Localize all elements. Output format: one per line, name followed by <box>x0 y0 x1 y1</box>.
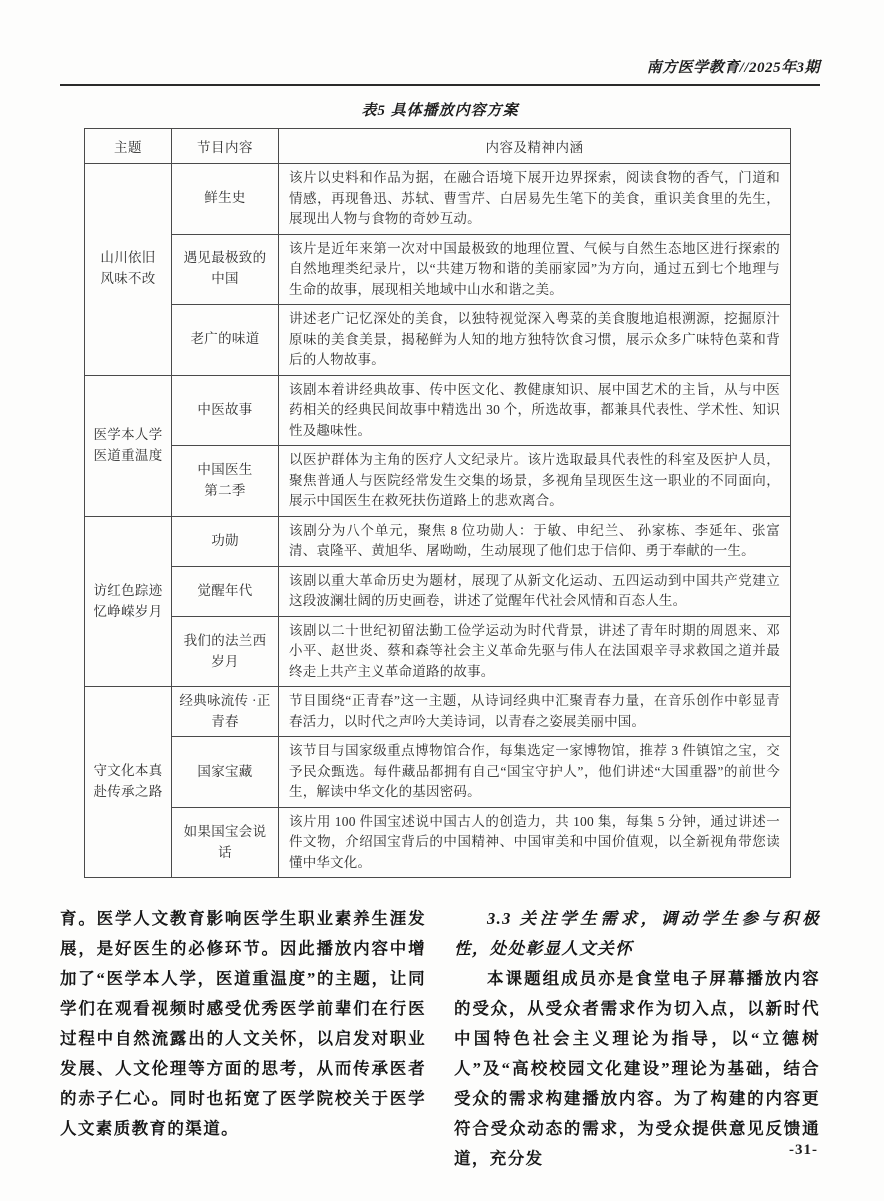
body-left-column: 育。医学人文教育影响医学生职业素养生涯发展，是好医生的必修环节。因此播放内容中增… <box>60 904 426 1174</box>
table-row: 访红色踪迹 忆峥嵘岁月 功勋 该剧分为八个单元，聚焦 8 位功勋人：于敏、申纪兰… <box>85 516 791 566</box>
column-header-content: 内容及精神内涵 <box>279 129 791 164</box>
table-row: 老广的味道 讲述老广记忆深处的美食，以独特视觉深入粤菜的美食腹地追根溯源，挖掘原… <box>85 305 791 376</box>
program-cell: 觉醒年代 <box>172 566 279 616</box>
program-cell: 中国医生 第二季 <box>172 446 279 517</box>
header-rule <box>60 84 820 86</box>
content-cell: 以医护群体为主角的医疗人文纪录片。该片选取最具代表性的科室及医护人员，聚焦普通人… <box>279 446 791 517</box>
program-cell: 遇见最极致的 中国 <box>172 234 279 305</box>
page-number: -31- <box>789 1142 818 1159</box>
program-cell: 经典咏流传 ·正 青春 <box>172 687 279 737</box>
table-row: 医学本人学 医道重温度 中医故事 该剧本着讲经典故事、传中医文化、教健康知识、展… <box>85 375 791 446</box>
program-cell: 国家宝藏 <box>172 737 279 808</box>
content-cell: 讲述老广记忆深处的美食，以独特视觉深入粤菜的美食腹地追根溯源，挖掘原汁原味的美食… <box>279 305 791 376</box>
theme-cell: 医学本人学 医道重温度 <box>85 375 172 516</box>
table-row: 山川依旧 风味不改 鲜生史 该片以史料和作品为据，在融合语境下展开边界探索，阅读… <box>85 164 791 235</box>
content-cell: 该剧本着讲经典故事、传中医文化、教健康知识、展中国艺术的主旨，从与中医药相关的经… <box>279 375 791 446</box>
content-cell: 该节目与国家级重点博物馆合作，每集选定一家博物馆，推荐 3 件镇馆之宝，交予民众… <box>279 737 791 808</box>
program-cell: 鲜生史 <box>172 164 279 235</box>
theme-cell: 山川依旧 风味不改 <box>85 164 172 376</box>
program-cell: 如果国宝会说 话 <box>172 807 279 878</box>
program-cell: 我们的法兰西 岁月 <box>172 616 279 687</box>
body-text-columns: 育。医学人文教育影响医学生职业素养生涯发展，是好医生的必修环节。因此播放内容中增… <box>60 904 820 1174</box>
content-cell: 该剧分为八个单元，聚焦 8 位功勋人：于敏、申纪兰、 孙家栋、李延年、张富清、袁… <box>279 516 791 566</box>
table-header-row: 主题 节目内容 内容及精神内涵 <box>85 129 791 164</box>
content-cell: 该片以史料和作品为据，在融合语境下展开边界探索，阅读食物的香气，门道和情感，再现… <box>279 164 791 235</box>
journal-page: 南方医学教育//2025年3期 表5 具体播放内容方案 主题 节目内容 内容及精… <box>0 0 884 1201</box>
section-heading-3-3: 3.3 关注学生需求，调动学生参与积极性，处处彰显人文关怀 <box>454 904 820 964</box>
journal-header: 南方医学教育//2025年3期 <box>60 56 820 77</box>
program-cell: 功勋 <box>172 516 279 566</box>
content-cell: 该剧以重大革命历史为题材，展现了从新文化运动、五四运动到中国共产党建立这段波澜壮… <box>279 566 791 616</box>
table-row: 我们的法兰西 岁月 该剧以二十世纪初留法勤工俭学运动为时代背景，讲述了青年时期的… <box>85 616 791 687</box>
theme-cell: 守文化本真 赴传承之路 <box>85 687 172 878</box>
content-cell: 该片是近年来第一次对中国最极致的地理位置、气候与自然生态地区进行探索的自然地理类… <box>279 234 791 305</box>
body-left-paragraph: 育。医学人文教育影响医学生职业素养生涯发展，是好医生的必修环节。因此播放内容中增… <box>60 904 426 1144</box>
body-right-column: 3.3 关注学生需求，调动学生参与积极性，处处彰显人文关怀 本课题组成员亦是食堂… <box>454 904 820 1174</box>
content-cell: 该剧以二十世纪初留法勤工俭学运动为时代背景，讲述了青年时期的周恩来、邓小平、赵世… <box>279 616 791 687</box>
theme-cell: 访红色踪迹 忆峥嵘岁月 <box>85 516 172 687</box>
table-row: 如果国宝会说 话 该片用 100 件国宝述说中国古人的创造力，共 100 集，每… <box>85 807 791 878</box>
column-header-theme: 主题 <box>85 129 172 164</box>
program-cell: 中医故事 <box>172 375 279 446</box>
table-row: 国家宝藏 该节目与国家级重点博物馆合作，每集选定一家博物馆，推荐 3 件镇馆之宝… <box>85 737 791 808</box>
column-header-program: 节目内容 <box>172 129 279 164</box>
table-title: 表5 具体播放内容方案 <box>60 99 820 120</box>
table-row: 中国医生 第二季 以医护群体为主角的医疗人文纪录片。该片选取最具代表性的科室及医… <box>85 446 791 517</box>
table-row: 觉醒年代 该剧以重大革命历史为题材，展现了从新文化运动、五四运动到中国共产党建立… <box>85 566 791 616</box>
program-cell: 老广的味道 <box>172 305 279 376</box>
content-cell: 该片用 100 件国宝述说中国古人的创造力，共 100 集，每集 5 分钟，通过… <box>279 807 791 878</box>
body-right-paragraph: 本课题组成员亦是食堂电子屏幕播放内容的受众，从受众者需求作为切入点，以新时代中国… <box>454 964 820 1174</box>
table-row: 守文化本真 赴传承之路 经典咏流传 ·正 青春 节目围绕“正青春”这一主题，从诗… <box>85 687 791 737</box>
content-cell: 节目围绕“正青春”这一主题，从诗词经典中汇聚青春力量，在音乐创作中彰显青春活力，… <box>279 687 791 737</box>
broadcast-content-table: 主题 节目内容 内容及精神内涵 山川依旧 风味不改 鲜生史 该片以史料和作品为据… <box>84 128 791 878</box>
table-row: 遇见最极致的 中国 该片是近年来第一次对中国最极致的地理位置、气候与自然生态地区… <box>85 234 791 305</box>
